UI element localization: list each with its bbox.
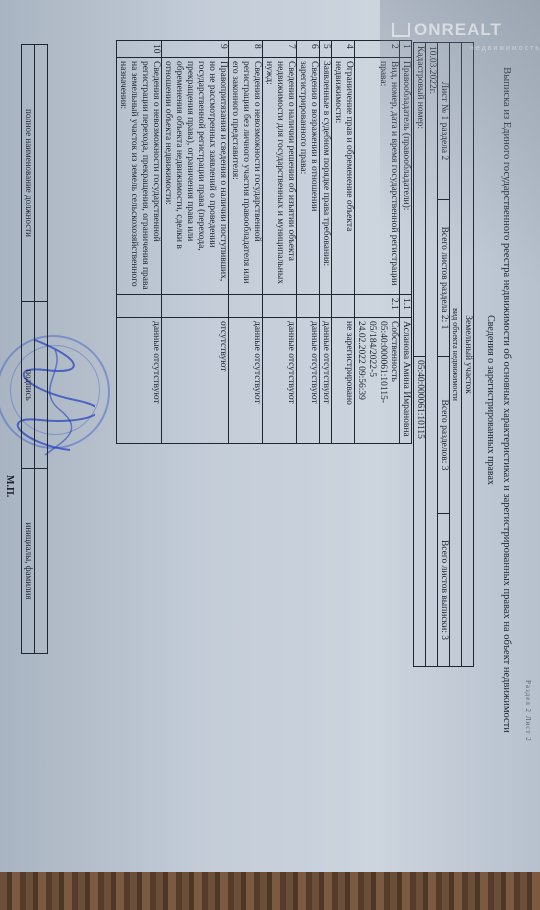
signature-caption: подпись [22,302,35,469]
object-type: Земельный участок [462,43,474,667]
row-subnumber [297,295,320,318]
row-subnumber [332,295,355,318]
document-subtitle: Сведения о зарегистрированных правах [485,40,496,760]
row-subnumber [229,295,263,318]
row-label: Ограничение прав и обременение объекта н… [332,58,355,295]
section-sheets-total: Всего листов раздела 2: 1 [438,200,450,357]
row-value: отсутствуют [162,318,229,444]
table-row: 1Правообладатель (правообладатели):1.1Ас… [400,41,412,444]
position-caption: полное наименование должности [22,45,35,302]
row-number: 1 [400,41,412,58]
stamp-mark: М.П. [4,475,15,497]
document-title: Выписка из Единого государственного реес… [501,40,512,760]
row-value: не зарегистрировано [332,318,355,444]
egrn-extract-document: Раздел 2 Лист 2 Выписка из Единого госуд… [0,0,540,910]
rights-table: 1Правообладатель (правообладатели):1.1Ас… [116,40,412,444]
row-subnumber [117,295,162,318]
house-icon [392,23,410,37]
row-subnumber: 1.1 [400,295,412,318]
header-table: Земельный участок вид объекта недвижимос… [413,42,474,667]
row-label: Сведения о невозможности государственной… [117,58,162,295]
table-row: 5Заявленные в судебном порядке права тре… [320,41,332,444]
row-subnumber [162,295,229,318]
name-caption: инициалы, фамилия [22,469,35,654]
table-row: 10Сведения о невозможности государственн… [117,41,162,444]
table-row: 4Ограничение прав и обременение объекта … [332,41,355,444]
row-label: Заявленные в судебном порядке права треб… [320,58,332,295]
row-label: Сведения о возражении в отношении зареги… [297,58,320,295]
row-number: 10 [117,41,162,58]
cadastral-label: Кадастровый номер: [414,43,426,357]
table-row: 7Сведения о наличии решения об изъятии о… [263,41,297,444]
table-row: 8Сведения о невозможности государственно… [229,41,263,444]
row-value: данные отсутствуют [263,318,297,444]
row-value: данные отсутствуют [320,318,332,444]
table-row: 6Сведения о возражении в отношении зарег… [297,41,320,444]
row-subnumber [263,295,297,318]
row-label: Правопритязания и сведения о наличии пос… [162,58,229,295]
extract-sheets-total: Всего листов выписки: 3 [438,514,450,667]
row-number: 9 [162,41,229,58]
row-value: данные отсутствуют [117,318,162,444]
watermark-brand: ONREALT [414,20,502,39]
row-value: Асланова Амина Имрановна [400,318,412,444]
corner-section-label: Раздел 2 Лист 2 [524,680,532,742]
cadastral-number: 05:40:000061:10115 [414,357,426,667]
row-subnumber: 2.1 [355,295,400,318]
extract-date: 10.03.2022г. [426,43,438,667]
row-value: Собственность 05:40:000061:10115-05/184/… [355,318,400,444]
table-row: 2Вид, номер, дата и время государственно… [355,41,400,444]
object-type-caption: вид объекта недвижимости [450,43,462,667]
row-number: 7 [263,41,297,58]
row-number: 8 [229,41,263,58]
row-subnumber [320,295,332,318]
row-number: 2 [355,41,400,58]
table-row: 9Правопритязания и сведения о наличии по… [162,41,229,444]
sheet-number: Лист № 1 раздела 2 [438,43,450,200]
row-number: 6 [297,41,320,58]
row-number: 4 [332,41,355,58]
watermark-tagline: недвижимость [470,45,540,52]
row-label: Сведения о невозможности государственной… [229,58,263,295]
row-label: Правообладатель (правообладатели): [400,58,412,295]
signature-table: полное наименование должности подпись ин… [21,44,48,654]
sections-total: Всего разделов: 3 [438,357,450,514]
row-value: данные отсутствуют [297,318,320,444]
row-label: Сведения о наличии решения об изъятии об… [263,58,297,295]
row-number: 5 [320,41,332,58]
watermark: ONREALT [392,20,502,40]
row-value: данные отсутствуют [229,318,263,444]
row-label: Вид, номер, дата и время государственной… [355,58,400,295]
